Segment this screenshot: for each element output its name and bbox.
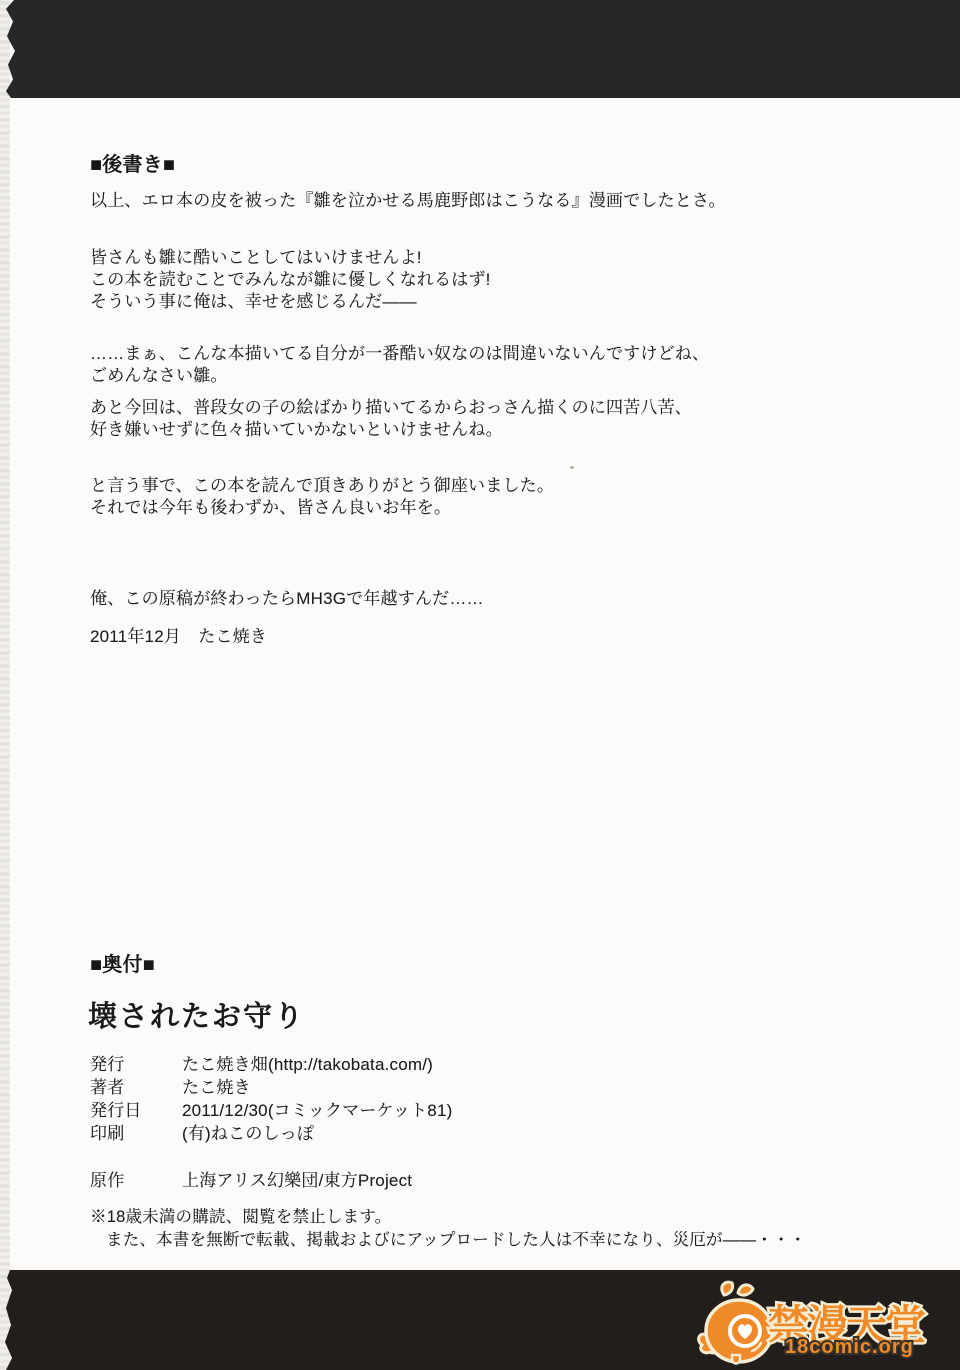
- scanned-doujin-page: ■後書き■ 以上、エロ本の皮を被った『雛を泣かせる馬鹿野郎はこうなる』漫画でした…: [0, 0, 960, 1370]
- paragraph-line: この本を読むことでみんなが雛に優しくなれるはず!: [90, 269, 491, 291]
- afterword-paragraph: 以上、エロ本の皮を被った『雛を泣かせる馬鹿野郎はこうなる』漫画でしたとさ。: [90, 190, 726, 212]
- paragraph-line: ごめんなさい雛。: [90, 365, 709, 387]
- colophon-label: 発行: [90, 1053, 182, 1076]
- colophon-value: 2011/12/30(コミックマーケット81): [182, 1099, 452, 1122]
- colophon-label: 印刷: [90, 1122, 182, 1145]
- paragraph-line: あと今回は、普段女の子の絵ばかり描いてるからおっさん描くのに四苦八苦、: [90, 397, 692, 419]
- paragraph-line: 皆さんも雛に酷いことしてはいけませんよ!: [90, 247, 491, 269]
- paragraph-line: それでは今年も後わずか、皆さん良いお年を。: [90, 497, 554, 519]
- colophon-value: たこ焼き畑(http://takobata.com/): [182, 1053, 452, 1076]
- colophon-table: 発行 たこ焼き畑(http://takobata.com/) 著者 たこ焼き 発…: [90, 1053, 452, 1145]
- paragraph-line: 好き嫌いせずに色々描いていかないといけませんね。: [90, 419, 692, 441]
- author-signature: 2011年12月 たこ焼き: [90, 626, 267, 648]
- site-watermark: 禁漫天堂 禁漫天堂 18comic.org 18comic.org: [690, 1276, 950, 1368]
- colophon-label: 原作: [90, 1169, 182, 1192]
- paragraph-line: 以上、エロ本の皮を被った『雛を泣かせる馬鹿野郎はこうなる』漫画でしたとさ。: [90, 190, 726, 212]
- colophon-label: 著者: [90, 1076, 182, 1099]
- paragraph-line: ……まぁ、こんな本描いてる自分が一番酷い奴なのは間違いないんですけどね、: [90, 343, 709, 365]
- scan-black-bar-top: [0, 0, 960, 98]
- age-restriction-notice: ※18歳未満の購読、閲覧を禁止します。: [90, 1206, 391, 1229]
- colophon-heading: ■奥付■: [90, 948, 155, 977]
- original-work-row: 原作 上海アリス幻樂団/東方Project: [90, 1169, 412, 1192]
- colophon-value: たこ焼き: [182, 1076, 452, 1099]
- afterword-paragraph: と言う事で、この本を読んで頂きありがとう御座いました。 それでは今年も後わずか、…: [90, 475, 554, 519]
- afterword-paragraph: 俺、この原稿が終わったらMH3Gで年越すんだ……: [90, 588, 484, 610]
- colophon-value: 上海アリス幻樂団/東方Project: [182, 1169, 412, 1192]
- watermark-site-url: 18comic.org: [785, 1336, 914, 1359]
- afterword-heading: ■後書き■: [90, 148, 175, 177]
- paragraph-line: そういう事に俺は、幸せを感じるんだ——: [90, 291, 491, 313]
- no-reupload-notice: また、本書を無断で転載、掲載およびにアップロードした人は不幸になり、災厄が——・…: [106, 1229, 806, 1252]
- afterword-paragraph: あと今回は、普段女の子の絵ばかり描いてるからおっさん描くのに四苦八苦、 好き嫌い…: [90, 397, 692, 441]
- orange-mascot-icon: [694, 1279, 778, 1367]
- paragraph-line: 俺、この原稿が終わったらMH3Gで年越すんだ……: [90, 588, 484, 610]
- colophon-value: (有)ねこのしっぽ: [182, 1122, 452, 1145]
- colophon-label: 発行日: [90, 1099, 182, 1122]
- afterword-paragraph: ……まぁ、こんな本描いてる自分が一番酷い奴なのは間違いないんですけどね、 ごめん…: [90, 343, 709, 387]
- scan-speck: [570, 466, 574, 469]
- paragraph-line: と言う事で、この本を読んで頂きありがとう御座いました。: [90, 475, 554, 497]
- scan-edge-strip: [0, 0, 10, 1370]
- afterword-paragraph: 皆さんも雛に酷いことしてはいけませんよ! この本を読むことでみんなが雛に優しくな…: [90, 247, 491, 313]
- book-title: 壊されたお守り: [88, 994, 305, 1035]
